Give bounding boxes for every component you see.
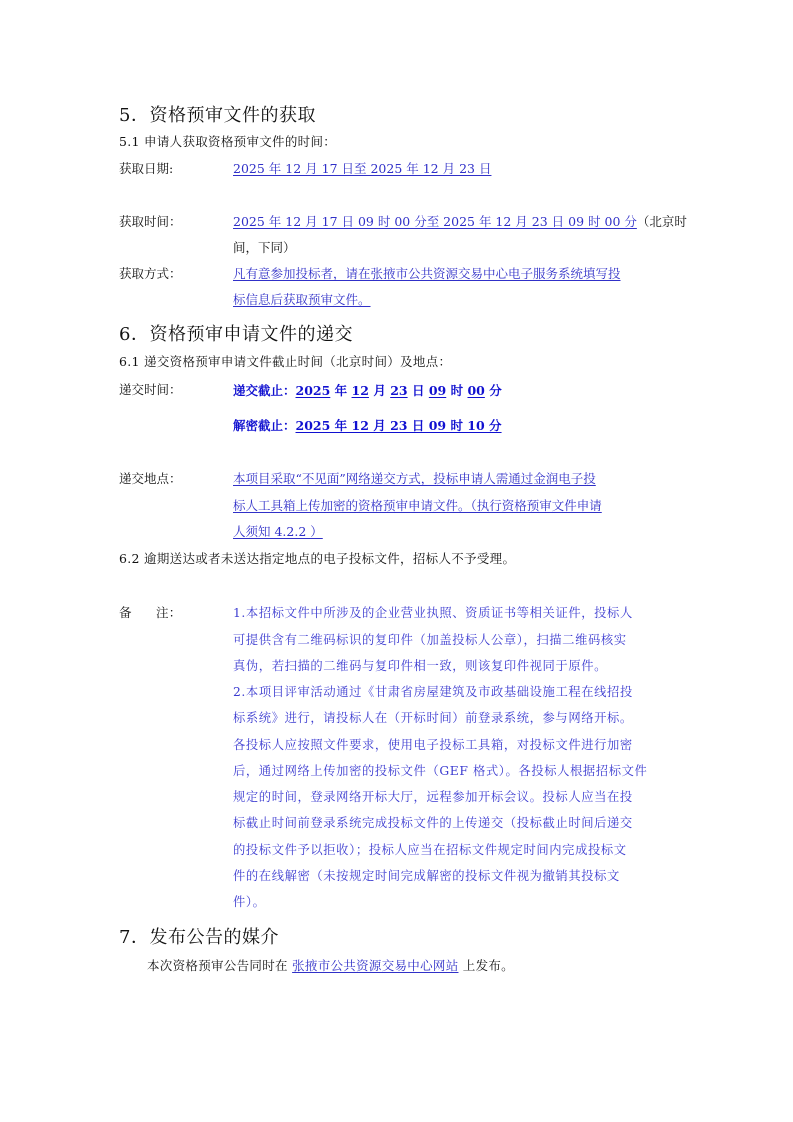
obtain-time-line2: 间，下同） (233, 238, 296, 256)
submit-location-label: 递交地点： (119, 469, 182, 487)
remark-line: 真伪，若扫描的二维码与复印件相一致，则该复印件视同于原件。 (233, 656, 607, 674)
submit-deadline-minute[interactable]: 00 (467, 383, 484, 398)
section-7-heading: 7．发布公告的媒介 (119, 923, 279, 949)
unit-month: 月 (373, 383, 386, 398)
subsection-6-2: 6.2 逾期送达或者未送达指定地点的电子投标文件，招标人不予受理。 (119, 549, 515, 567)
subsection-5-1: 5.1 申请人获取资格预审文件的时间： (119, 132, 336, 150)
remark-line: 标截止时间前登录系统完成投标文件的上传递交（投标截止时间后递交 (233, 813, 633, 831)
obtain-date-link[interactable]: 2025 年 12 月 17 日至 2025 年 12 月 23 日 (233, 159, 491, 177)
section-7-text: 本次资格预审公告同时在 张掖市公共资源交易中心网站 上发布。 (147, 956, 514, 974)
remark-line: 后，通过网络上传加密的投标文件（GEF 格式）。各投标人根据招标文件 (233, 761, 647, 779)
remarks-label-b: 注： (156, 603, 182, 621)
obtain-time-label: 获取时间： (119, 212, 182, 230)
subsection-6-1: 6.1 递交资格预审申请文件截止时间（北京时间）及地点： (119, 352, 451, 370)
decrypt-deadline-prefix: 解密截止： (233, 418, 296, 433)
submit-location-line2[interactable]: 标人工具箱上传加密的资格预审申请文件。（执行资格预审文件申请 (233, 496, 602, 514)
submit-deadline-month[interactable]: 12 (352, 383, 369, 398)
remark-line: 件的在线解密（未按规定时间完成解密的投标文件视为撤销其投标文 (233, 866, 620, 884)
unit-minute: 分 (489, 383, 502, 398)
remark-line: 1.本招标文件中所涉及的企业营业执照、资质证书等相关证件，投标人 (233, 603, 633, 621)
remark-line: 各投标人应按照文件要求，使用电子投标工具箱，对投标文件进行加密 (233, 735, 633, 753)
section-7-suffix: 上发布。 (463, 958, 514, 973)
obtain-method-link-line2[interactable]: 标信息后获取预审文件。 (233, 290, 371, 308)
remark-line: 2.本项目评审活动通过《甘肃省房屋建筑及市政基础设施工程在线招投 (233, 682, 633, 700)
remark-line: 标系统》进行，请投标人在（开标时间）前登录系统，参与网络开标。 (233, 708, 633, 726)
remark-line: 的投标文件予以拒收）；投标人应当在招标文件规定时间内完成投标文 (233, 840, 627, 858)
submit-deadline-day[interactable]: 23 (390, 383, 407, 398)
section-5-heading: 5．资格预审文件的获取 (119, 101, 316, 127)
submit-location-line1[interactable]: 本项目采取“不见面”网络递交方式，投标申请人需通过金润电子投 (233, 469, 596, 487)
section-6-heading: 6．资格预审申请文件的递交 (119, 320, 353, 346)
decrypt-deadline: 解密截止：2025 年 12 月 23 日 09 时 10 分 (233, 416, 502, 434)
submit-deadline-hour[interactable]: 09 (429, 383, 446, 398)
submit-deadline-prefix: 递交截止： (233, 383, 296, 398)
obtain-time-value: 2025 年 12 月 17 日 09 时 00 分至 2025 年 12 月 … (233, 212, 687, 230)
unit-day: 日 (412, 383, 425, 398)
section-7-prefix: 本次资格预审公告同时在 (147, 958, 288, 973)
obtain-date-label: 获取日期: (119, 159, 173, 177)
obtain-method-label: 获取方式： (119, 264, 182, 282)
trading-center-website-link[interactable]: 张掖市公共资源交易中心网站 (292, 958, 458, 973)
remark-line: 可提供含有二维码标识的复印件（加盖投标人公章），扫描二维码核实 (233, 630, 627, 648)
submit-deadline-year[interactable]: 2025 (296, 383, 331, 398)
unit-hour: 时 (451, 383, 464, 398)
submit-time-label: 递交时间： (119, 380, 182, 398)
decrypt-deadline-link[interactable]: 2025 年 12 月 23 日 09 时 10 分 (296, 418, 502, 433)
remark-line: 规定的时间，登录网络开标大厅，远程参加开标会议。投标人应当在投 (233, 787, 633, 805)
remark-line: 件）。 (233, 892, 266, 910)
obtain-method-link-line1[interactable]: 凡有意参加投标者，请在张掖市公共资源交易中心电子服务系统填写投 (233, 264, 621, 282)
unit-year: 年 (335, 383, 348, 398)
remarks-label-a: 备 (119, 603, 132, 621)
submit-deadline: 递交截止：2025 年 12 月 23 日 09 时 00 分 (233, 381, 502, 399)
submit-location-line3[interactable]: 人须知 4.2.2 ） (233, 522, 351, 540)
obtain-time-link[interactable]: 2025 年 12 月 17 日 09 时 00 分至 2025 年 12 月 … (233, 214, 637, 229)
obtain-time-suffix: （北京时 (637, 214, 687, 229)
